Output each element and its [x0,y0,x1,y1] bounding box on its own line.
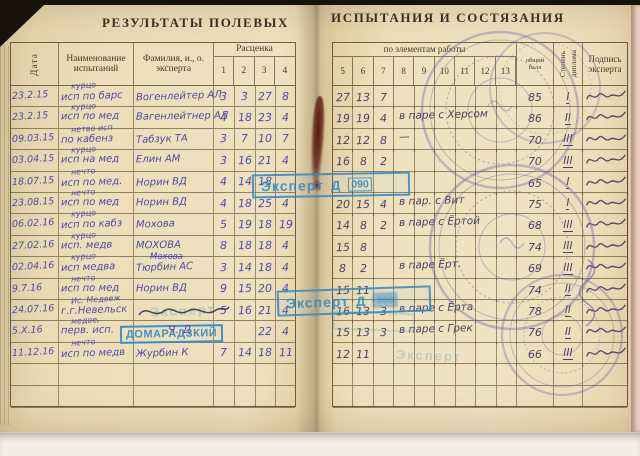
test-name: исп на мед [61,154,119,166]
score-4: 11 [278,346,292,359]
expert-name: Журбин К [136,347,189,360]
total-score: 74 [528,284,542,297]
col-header-diploma-degree: Степень диплома [554,43,583,85]
table-row: 9.7.16 нечто исп по мед Норин ВД 9 15 20… [11,279,295,300]
diploma-degree: III [563,241,572,253]
rating-col-2: 2 [234,57,254,85]
test-note: нечто [71,166,96,177]
date-value: 5.X.16 [12,325,43,338]
score-5: 19 [335,112,349,125]
faded-stamp-right: Эксперт [396,347,463,364]
score-1: 3 [220,261,227,274]
table-row: 02.04.16 курцо исп медва Мохова Тюрбин А… [11,257,295,278]
score-2: 18 [237,239,251,252]
total-score: 68 [528,219,542,232]
date-value: 23.08.15 [12,196,55,209]
elem-col-6: 6 [353,57,373,85]
table-row: 11.12.16 нечто исп по медв Журбин К 7 14… [11,343,295,364]
score-3: 10 [258,132,272,145]
score-5: 15 [335,240,349,253]
test-note: курцо [71,251,97,262]
score-3: 22 [258,325,272,338]
score-3: 27 [258,89,272,102]
score-1: 8 [220,239,227,252]
score-3: 23 [258,111,272,124]
score-2: 14 [237,261,251,274]
total-score: 75 [528,198,542,211]
table-row: 03.04.15 курцо исп на мед Елин АМ 3 16 2… [11,150,295,171]
score-1: 3 [220,132,227,145]
expert-signature [585,258,628,276]
rating-col-3: 3 [255,57,275,85]
left-table-header: Дата Наименование испытаний Фамилия, и.,… [11,43,295,86]
table-row: 23.2.15 курцо исп по барс Вогенлейтер АЛ… [11,86,295,107]
test-name: исп по мед [61,282,119,294]
score-2: 14 [237,175,251,188]
score-2: 18 [237,111,251,124]
score-5: 12 [335,347,349,360]
expert-stamp-top: Эксперт Д 090 [252,172,410,199]
expert-signature [585,88,627,104]
total-score: 76 [528,326,542,339]
elem-col-10: 10 [435,57,455,85]
diploma-degree: I [566,177,569,189]
elem-col-9: 9 [414,57,434,85]
score-6: 8 [359,241,366,254]
expert-name: Елин АМ [136,154,181,166]
date-value: 02.04.16 [12,260,55,273]
table-row: 06.02.16 курцо исп по кабз Мохова 5 19 1… [11,214,295,235]
diploma-degree: III [563,348,572,360]
test-note: нечто [71,273,96,284]
score-4: 4 [282,261,289,274]
score-3: 18 [258,346,272,359]
score-7: 8 [380,134,387,147]
score-2: 18 [237,196,251,209]
score-2: 14 [237,346,251,359]
col-header-expert: Фамилия, и., о. эксперта [134,43,214,85]
score-4: 4 [282,197,289,210]
score-4: 7 [282,132,289,145]
expert-name: Тюрбин АС [136,261,193,274]
expert-signature [585,238,627,254]
right-table-rows: 27 13 7 85 I 19 19 4 86 II [333,86,627,408]
expert-signature [585,281,627,297]
page-right-edge [631,5,640,432]
score-2: 7 [241,132,248,145]
date-value: 23.2.15 [12,89,49,102]
date-value: 24.07.16 [12,303,55,316]
empty-row [11,364,295,386]
score-5: 27 [335,91,349,104]
score-4: 4 [282,154,289,167]
empty-row [333,386,627,408]
col-header-expert-signature: Подпись эксперта [583,43,627,85]
date-value: 9.7.16 [12,282,43,295]
table-row: 09.03.15 нетво исп по кабенз Табзук ТА 3… [11,129,295,150]
diploma-degree: II [565,284,571,296]
diploma-degree: I [566,198,569,210]
score-2: 15 [237,282,251,295]
rating-col-4: 4 [275,57,295,85]
diploma-degree: II [565,305,571,317]
table-row: 12 12 8 70 III — [333,129,627,150]
score-3: 25 [258,196,272,209]
score-1: 9 [220,282,227,295]
col-header-date: Дата [11,43,59,85]
total-score: 66 [528,348,542,361]
score-3: 18 [258,261,272,274]
pair-note: в пар. с Вит [399,194,465,208]
score-1: 4 [220,111,227,124]
right-table: по элементам работы 5 6 7 8 9 10 11 12 1… [332,42,628,407]
expert-stamp-bottom: Эксперт Д 906 [277,285,432,316]
table-row: 12 11 66 III [333,343,627,364]
score-1: 4 [220,175,227,188]
expert-signature [585,109,627,125]
test-name: исп по мед [61,111,119,123]
expert-signature [585,216,627,232]
score-2: 3 [241,90,248,103]
score-2: 19 [237,218,251,231]
score-4: 4 [282,239,289,252]
expert-signature [585,302,627,318]
photo-bottom-edge [0,432,640,456]
table-row: 19 19 4 86 II в паре с Херсом [333,107,627,128]
left-table-rows: 23.2.15 курцо исп по барс Вогенлейтер АЛ… [11,86,295,408]
score-5: 14 [335,219,349,232]
score-7: 2 [380,155,387,168]
score-4: 8 [282,90,289,103]
date-value: 23.2.15 [12,110,49,123]
page-title-right: ИСПЫТАНИЯ И СОСТЯЗАНИЯ [331,10,565,26]
score-6: 13 [356,91,370,104]
diploma-degree: II [565,327,571,339]
expert-signature-squiggle [136,302,232,322]
score-4: 4 [282,325,289,338]
score-6: 2 [359,262,366,275]
score-1: 4 [220,197,227,210]
expert-name: Норин ВД [136,197,187,209]
expert-name: Мохова [136,219,175,231]
score-5: 16 [335,155,349,168]
diploma-degree: III [563,156,572,168]
diploma-degree: III [563,134,572,146]
col-header-test-name: Наименование испытаний [59,43,134,85]
test-name: исп медва [61,261,116,274]
expert-name: Вогенлейтер АЛ [136,90,222,104]
pair-note: — [399,131,410,143]
score-3: 20 [258,282,272,295]
diploma-degree: III [563,263,572,275]
score-6: 8 [359,219,366,232]
expert-signature [585,130,628,148]
elem-col-5: 5 [333,57,353,85]
score-6: 12 [356,134,370,147]
expert-signature [585,174,627,190]
diploma-degree: I [566,92,569,104]
score-5: 12 [335,134,349,147]
page-title-left: РЕЗУЛЬТАТЫ ПОЛЕВЫХ [102,15,289,31]
test-name: исп по мед [61,196,119,208]
expert-signature [585,345,627,361]
table-row: 14 8 2 68 III в паре с Ёртой [333,214,627,235]
test-name: исп. медв [61,239,113,251]
col-header-work-elements: по элементам работы 5 6 7 8 9 10 11 12 1… [333,43,517,85]
expert-signature [585,194,628,212]
score-6: 15 [356,198,370,211]
score-7: 7 [380,91,387,104]
date-value: 03.04.15 [12,153,55,166]
score-3: 18 [258,218,272,231]
table-row: 8 2 69 III в паре Ёрт. [333,257,627,278]
total-score: 86 [528,112,542,125]
score-6: 19 [356,112,370,125]
total-score: 85 [528,91,542,104]
score-1: 7 [220,346,227,359]
score-5: 8 [339,262,346,275]
diploma-degree: II [565,113,571,125]
elem-col-12: 12 [475,57,495,85]
date-value: 11.12.16 [12,346,55,359]
test-name: перв. исп. [61,325,114,337]
rating-col-1: 1 [214,57,234,85]
table-row: 23.2.15 курцо исп по мед Вагенлейтнер АЛ… [11,107,295,128]
test-name: исп по медв [61,347,125,360]
empty-row [11,386,295,408]
score-2: 16 [237,303,251,316]
expert-name: Норин ВД [136,282,187,294]
score-1: 5 [220,218,227,231]
score-4: 4 [282,111,289,124]
diploma-degree: III [563,220,572,232]
elem-col-11: 11 [455,57,475,85]
elem-col-8: 8 [394,57,414,85]
test-note: нечто [71,337,96,348]
score-6: 8 [359,155,366,168]
score-1: 3 [220,90,227,103]
date-value: 06.02.16 [12,217,55,230]
score-6: 11 [356,347,370,360]
score-7: 2 [380,219,387,232]
expert-signature [585,322,628,340]
expert-signature [585,152,627,168]
total-score: 74 [528,241,542,254]
elem-col-7: 7 [374,57,394,85]
score-1: 3 [220,154,227,167]
total-score: 70 [528,155,542,168]
score-3: 21 [258,154,272,167]
col-header-total-score: общий балл [517,43,554,85]
pair-note: в паре Ёрт. [399,258,461,272]
score-3: 21 [258,303,272,316]
score-7: 4 [380,198,387,211]
gutter-shadow [296,5,336,432]
table-row: 15 8 74 III [333,236,627,257]
right-table-header: по элементам работы 5 6 7 8 9 10 11 12 1… [333,43,627,86]
total-score: 78 [528,305,542,318]
score-2: 16 [237,154,251,167]
elem-col-13: 13 [496,57,516,85]
expert-name: Табзук ТА [136,133,188,146]
overwritten-mark: Ч. Д [168,323,191,336]
total-score: 70 [528,134,542,147]
total-score: 65 [528,177,542,190]
expert-name: Норин ВД [136,176,187,189]
score-4: 19 [278,218,292,231]
date-value: 18.07.15 [12,174,55,187]
empty-row [333,364,627,386]
expert-name: МОХОВА [136,239,181,251]
table-row: 16 8 2 70 III [333,150,627,171]
score-7: 4 [380,112,387,125]
left-table: Дата Наименование испытаний Фамилия, и.,… [10,42,296,407]
table-row: 27 13 7 85 I [333,86,627,107]
col-header-rating: Расценка 1 2 3 4 [214,43,295,85]
page-stack-edge [0,45,10,425]
date-value: 09.03.15 [12,132,55,145]
score-3: 18 [258,239,272,252]
test-note: курцо [71,208,97,219]
date-value: 27.02.16 [12,239,55,252]
score-5: 20 [335,198,349,211]
test-note: курцо [71,80,97,91]
total-score: 69 [528,262,542,275]
